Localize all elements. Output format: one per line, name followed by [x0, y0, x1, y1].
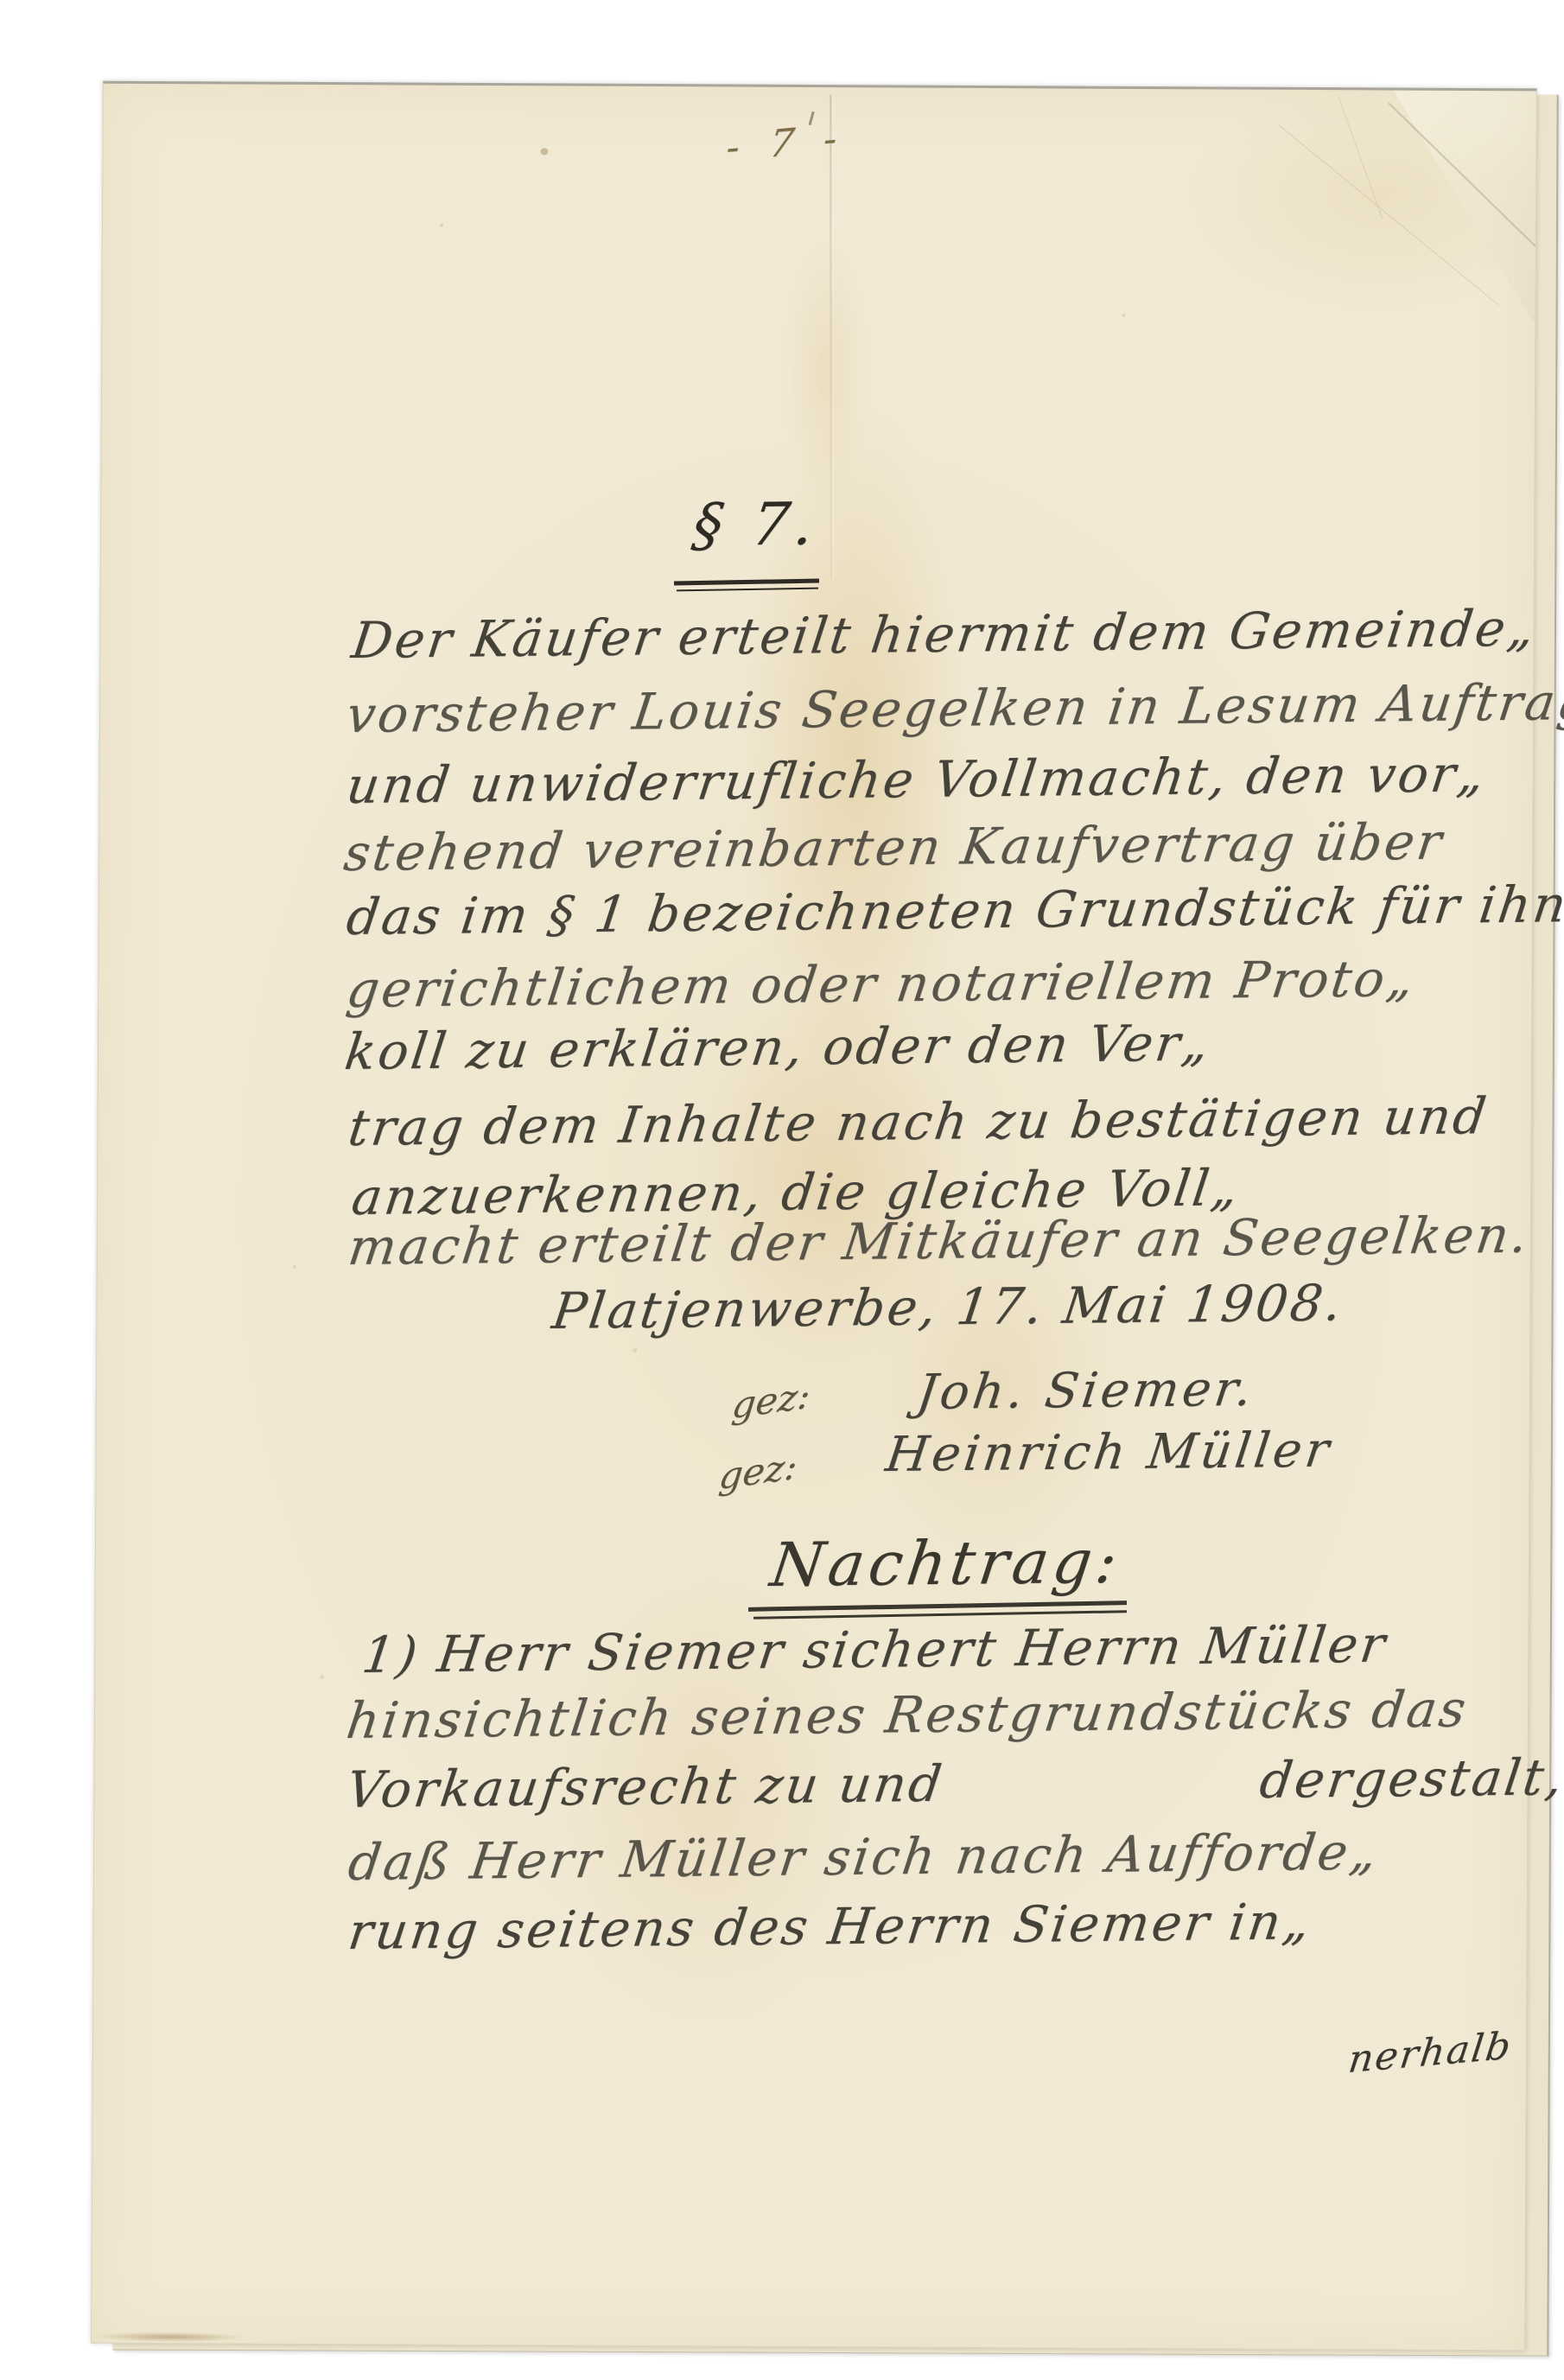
body-line: das im § 1 bezeichneten Grundstück für i…	[344, 879, 1564, 942]
bottom-edge-smudge	[92, 2331, 290, 2344]
corner-crease-line	[1338, 97, 1383, 220]
scan-background: - 7 - § 7. Der Käufer erteilt hiermit de…	[0, 0, 1564, 2380]
dateline: Platjenwerbe, 17. Mai 1908.	[550, 1277, 1347, 1336]
signature-prefix: gez:	[730, 1378, 812, 1424]
addendum-line: rung seitens des Herrn Siemer in„	[346, 1896, 1315, 1957]
body-line: Der Käufer erteilt hiermit dem Gemeinde„	[349, 603, 1540, 665]
addendum-line: 1) Herr Siemer sichert Herrn Müller	[359, 1620, 1390, 1680]
addendum-line: Vorkaufsrecht zu und dergestalt,	[344, 1752, 1564, 1815]
body-line: und unwiderrufliche Vollmacht, den vor„	[344, 748, 1490, 811]
ink-speck	[540, 148, 548, 155]
page-number: - 7 -	[724, 119, 848, 168]
body-line: gerichtlichem oder notariellem Proto„	[344, 953, 1419, 1015]
section-heading: § 7.	[690, 495, 823, 556]
corner-fold-highlight	[1336, 90, 1535, 324]
signature-name: Joh. Siemer.	[914, 1365, 1258, 1417]
ink-speck	[1122, 314, 1125, 317]
center-fold-crease	[830, 94, 833, 578]
body-line: trag dem Inhalte nach zu bestätigen und	[346, 1091, 1491, 1153]
addendum-line: hinsichtlich seines Restgrundstücks das	[344, 1683, 1471, 1746]
addendum-heading: Nachtrag:	[767, 1531, 1125, 1595]
body-line: koll zu erklären, oder den Ver„	[342, 1018, 1214, 1077]
ink-speck	[633, 1348, 637, 1352]
ink-speck	[440, 224, 443, 227]
ink-speck	[293, 1265, 296, 1269]
body-line: stehend vereinbarten Kaufvertrag über	[341, 817, 1446, 878]
signature-name: Heinrich Müller	[883, 1427, 1335, 1480]
body-line: vorsteher Louis Seegelken in Lesum Auftr…	[344, 677, 1564, 740]
ink-speck	[320, 1675, 324, 1679]
body-line: macht erteilt der Mitkäufer an Seegelken…	[346, 1210, 1533, 1272]
addendum-line: daß Herr Müller sich nach Aufforde„	[346, 1827, 1382, 1887]
signature-prefix: gez:	[717, 1448, 799, 1495]
